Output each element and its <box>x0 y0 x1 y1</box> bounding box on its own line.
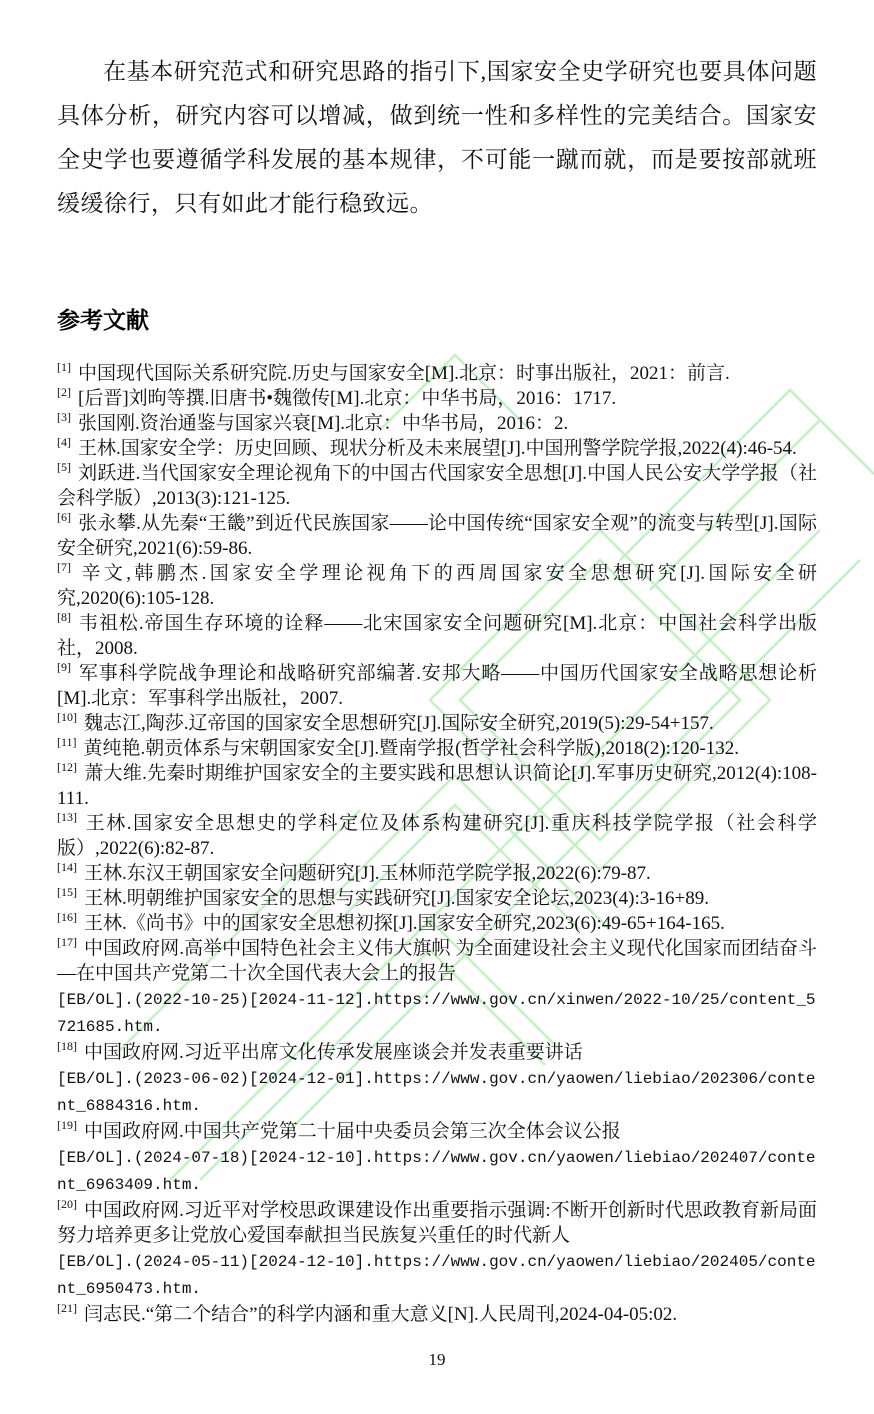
reference-text: 中国政府网.习近平对学校思政课建设作出重要指示强调:不断开创新时代思政教育新局面… <box>57 1200 817 1246</box>
reference-url: [EB/OL].(2024-05-11)[2024-12-10].https:/… <box>57 1253 816 1298</box>
reference-item: [16]王林.《尚书》中的国家安全思想初探[J].国家安全研究,2023(6):… <box>57 911 817 936</box>
reference-number: [11] <box>57 735 77 749</box>
reference-number: [5] <box>57 460 71 474</box>
reference-item: [13]王林.国家安全思想史的学科定位及体系构建研究[J].重庆科技学院学报（社… <box>57 811 817 861</box>
reference-number: [7] <box>57 560 71 574</box>
references-list: [1]中国现代国际关系研究院.历史与国家安全[M].北京：时事出版社，2021：… <box>57 361 817 1327</box>
reference-text: 张永攀.从先秦“王畿”到近代民族国家——论中国传统“国家安全观”的流变与转型[J… <box>57 513 817 559</box>
reference-number: [18] <box>57 1039 77 1053</box>
reference-text: 王林.国家安全学：历史回顾、现状分析及未来展望[J].中国刑警学院学报,2022… <box>78 438 797 459</box>
reference-item: [7]辛文,韩鹏杰.国家安全学理论视角下的西周国家安全思想研究[J].国际安全研… <box>57 561 817 611</box>
reference-text: 萧大维.先秦时期维护国家安全的主要实践和思想认识简论[J].军事历史研究,201… <box>57 763 817 809</box>
reference-text: 韦祖松.帝国生存环境的诠释——北宋国家安全问题研究[M].北京：中国社会科学出版… <box>57 613 817 659</box>
reference-number: [4] <box>57 435 71 449</box>
reference-item: [9]军事科学院战争理论和战略研究部编著.安邦大略——中国历代国家安全战略思想论… <box>57 661 817 711</box>
reference-number: [10] <box>57 710 77 724</box>
reference-item: [20]中国政府网.习近平对学校思政课建设作出重要指示强调:不断开创新时代思政教… <box>57 1198 817 1302</box>
reference-item: [18]中国政府网.习近平出席文化传承发展座谈会并发表重要讲话[EB/OL].(… <box>57 1040 817 1119</box>
reference-url: [EB/OL].(2022-10-25)[2024-11-12].https:/… <box>57 991 816 1036</box>
reference-number: [20] <box>57 1197 77 1211</box>
reference-text: 闫志民.“第二个结合”的科学内涵和重大意义[N].人民周刊,2024-04-05… <box>84 1304 677 1325</box>
document-page: 在基本研究范式和研究思路的指引下,国家安全史学研究也要具体问题具体分析，研究内容… <box>57 0 817 1327</box>
reference-item: [14]王林.东汉王朝国家安全问题研究[J].玉林师范学院学报,2022(6):… <box>57 861 817 886</box>
body-paragraph: 在基本研究范式和研究思路的指引下,国家安全史学研究也要具体问题具体分析，研究内容… <box>57 50 817 226</box>
reference-url: [EB/OL].(2024-07-18)[2024-12-10].https:/… <box>57 1149 816 1194</box>
reference-item: [3]张国刚.资治通鉴与国家兴衰[M].北京：中华书局，2016：2. <box>57 411 817 436</box>
references-heading: 参考文献 <box>57 302 817 335</box>
reference-number: [9] <box>57 660 71 674</box>
reference-text: 中国政府网.中国共产党第二十届中央委员会第三次全体会议公报 <box>84 1121 621 1142</box>
reference-number: [3] <box>57 410 71 424</box>
reference-item: [15]王林.明朝维护国家安全的思想与实践研究[J].国家安全论坛,2023(4… <box>57 886 817 911</box>
reference-text: 张国刚.资治通鉴与国家兴衰[M].北京：中华书局，2016：2. <box>78 413 568 434</box>
reference-item: [1]中国现代国际关系研究院.历史与国家安全[M].北京：时事出版社，2021：… <box>57 361 817 386</box>
reference-number: [13] <box>57 810 77 824</box>
reference-text: [后晋]刘昫等撰.旧唐书•魏徵传[M].北京：中华书局，2016：1717. <box>78 388 616 409</box>
page-number: 19 <box>0 1350 874 1370</box>
reference-number: [6] <box>57 510 71 524</box>
reference-number: [17] <box>57 935 77 949</box>
reference-text: 军事科学院战争理论和战略研究部编著.安邦大略——中国历代国家安全战略思想论析[M… <box>57 663 817 709</box>
reference-text: 王林.国家安全思想史的学科定位及体系构建研究[J].重庆科技学院学报（社会科学版… <box>57 813 817 859</box>
reference-item: [4]王林.国家安全学：历史回顾、现状分析及未来展望[J].中国刑警学院学报,2… <box>57 436 817 461</box>
reference-number: [8] <box>57 610 71 624</box>
reference-text: 中国政府网.习近平出席文化传承发展座谈会并发表重要讲话 <box>84 1042 583 1063</box>
reference-number: [2] <box>57 385 71 399</box>
reference-item: [11]黄纯艳.朝贡体系与宋朝国家安全[J].暨南学报(哲学社会科学版),201… <box>57 736 817 761</box>
reference-item: [8]韦祖松.帝国生存环境的诠释——北宋国家安全问题研究[M].北京：中国社会科… <box>57 611 817 661</box>
reference-item: [21]闫志民.“第二个结合”的科学内涵和重大意义[N].人民周刊,2024-0… <box>57 1302 817 1327</box>
reference-item: [10]魏志江,陶莎.辽帝国的国家安全思想研究[J].国际安全研究,2019(5… <box>57 711 817 736</box>
reference-item: [12]萧大维.先秦时期维护国家安全的主要实践和思想认识简论[J].军事历史研究… <box>57 761 817 811</box>
reference-text: 黄纯艳.朝贡体系与宋朝国家安全[J].暨南学报(哲学社会科学版),2018(2)… <box>84 738 739 759</box>
reference-item: [17]中国政府网.高举中国特色社会主义伟大旗帜 为全面建设社会主义现代化国家而… <box>57 936 817 1040</box>
reference-number: [16] <box>57 910 77 924</box>
reference-text: 王林.东汉王朝国家安全问题研究[J].玉林师范学院学报,2022(6):79-8… <box>84 863 651 884</box>
reference-text: 中国现代国际关系研究院.历史与国家安全[M].北京：时事出版社，2021：前言. <box>78 363 730 384</box>
reference-item: [5]刘跃进.当代国家安全理论视角下的中国古代国家安全思想[J].中国人民公安大… <box>57 461 817 511</box>
reference-number: [19] <box>57 1118 77 1132</box>
reference-number: [1] <box>57 360 71 374</box>
reference-url: [EB/OL].(2023-06-02)[2024-12-01].https:/… <box>57 1070 816 1115</box>
reference-text: 王林.《尚书》中的国家安全思想初探[J].国家安全研究,2023(6):49-6… <box>84 913 725 934</box>
reference-number: [15] <box>57 885 77 899</box>
reference-text: 王林.明朝维护国家安全的思想与实践研究[J].国家安全论坛,2023(4):3-… <box>84 888 709 909</box>
reference-text: 辛文,韩鹏杰.国家安全学理论视角下的西周国家安全思想研究[J].国际安全研究,2… <box>57 563 817 609</box>
reference-number: [12] <box>57 760 77 774</box>
reference-item: [6]张永攀.从先秦“王畿”到近代民族国家——论中国传统“国家安全观”的流变与转… <box>57 511 817 561</box>
reference-item: [19]中国政府网.中国共产党第二十届中央委员会第三次全体会议公报[EB/OL]… <box>57 1119 817 1198</box>
reference-text: 魏志江,陶莎.辽帝国的国家安全思想研究[J].国际安全研究,2019(5):29… <box>84 713 714 734</box>
reference-number: [14] <box>57 860 77 874</box>
reference-text: 中国政府网.高举中国特色社会主义伟大旗帜 为全面建设社会主义现代化国家而团结奋斗… <box>57 938 817 984</box>
reference-number: [21] <box>57 1301 77 1315</box>
reference-text: 刘跃进.当代国家安全理论视角下的中国古代国家安全思想[J].中国人民公安大学学报… <box>57 463 817 509</box>
reference-item: [2][后晋]刘昫等撰.旧唐书•魏徵传[M].北京：中华书局，2016：1717… <box>57 386 817 411</box>
